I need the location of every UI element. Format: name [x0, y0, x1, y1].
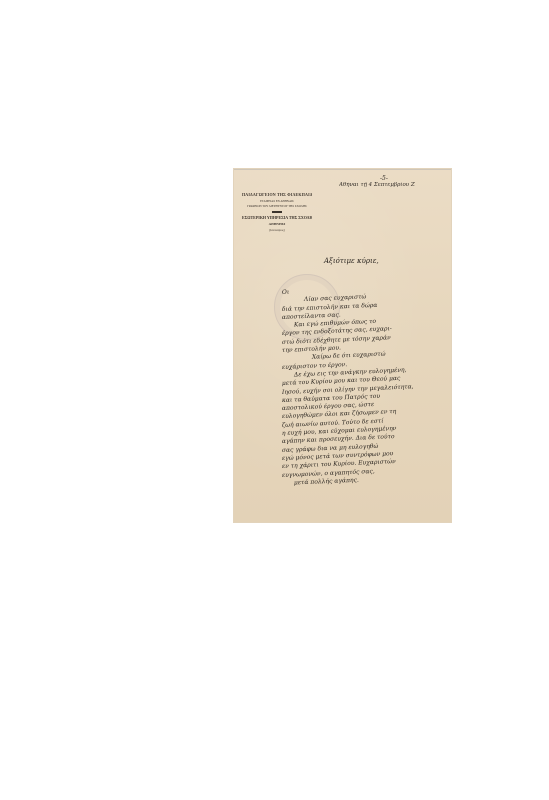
letterhead-line-6: (Ιανουάριος): [242, 229, 312, 232]
scanned-letter-page: ΠΑΙΔΑΓΩΓΕΙΟΝ ΤΗΣ ΦΙΛΕΚΠΑΙΔΕΥΤΙΚΗΣ ΕΤΑΙΡΕ…: [234, 169, 451, 522]
letterhead-divider: [272, 211, 282, 213]
printed-letterhead: ΠΑΙΔΑΓΩΓΕΙΟΝ ΤΗΣ ΦΙΛΕΚΠΑΙΔΕΥΤΙΚΗΣ ΕΤΑΙΡΕ…: [242, 193, 312, 232]
letter-body: Οι Λίαν σας ευχαριστώ διά την επιστολήν …: [282, 289, 450, 488]
letterhead-line-5: ΑΘΗΝΗΣΙ: [242, 223, 312, 227]
page-top-edge: [234, 169, 451, 170]
letter-salutation: Αξιότιμε κύριε,: [324, 257, 379, 265]
letterhead-line-2: ΕΤΑΙΡΕΙΑΣ ΕΝ ΑΘΗΝΑΙΣ: [242, 200, 312, 203]
letterhead-line-1: ΠΑΙΔΑΓΩΓΕΙΟΝ ΤΗΣ ΦΙΛΕΚΠΑΙΔΕΥΤΙΚΗΣ: [242, 193, 312, 197]
letterhead-line-3: ΓΡΑΦΕΙΟΝ ΤΟΥ ΔΙΕΥΘΥΝΤΟΥ ΤΗΣ ΣΧΟΛΗΣ: [242, 205, 312, 208]
letter-dateline: Αθήναι τῇ 4 Σεπτεμβρίου Ζ: [339, 182, 447, 188]
page-number: -5-: [380, 175, 388, 182]
letterhead-line-4: ΕΣΩΤΕΡΙΚΗ ΥΠΗΡΕΣΙΑ ΤΗΣ ΣΧΟΛΗΣ: [242, 216, 312, 220]
